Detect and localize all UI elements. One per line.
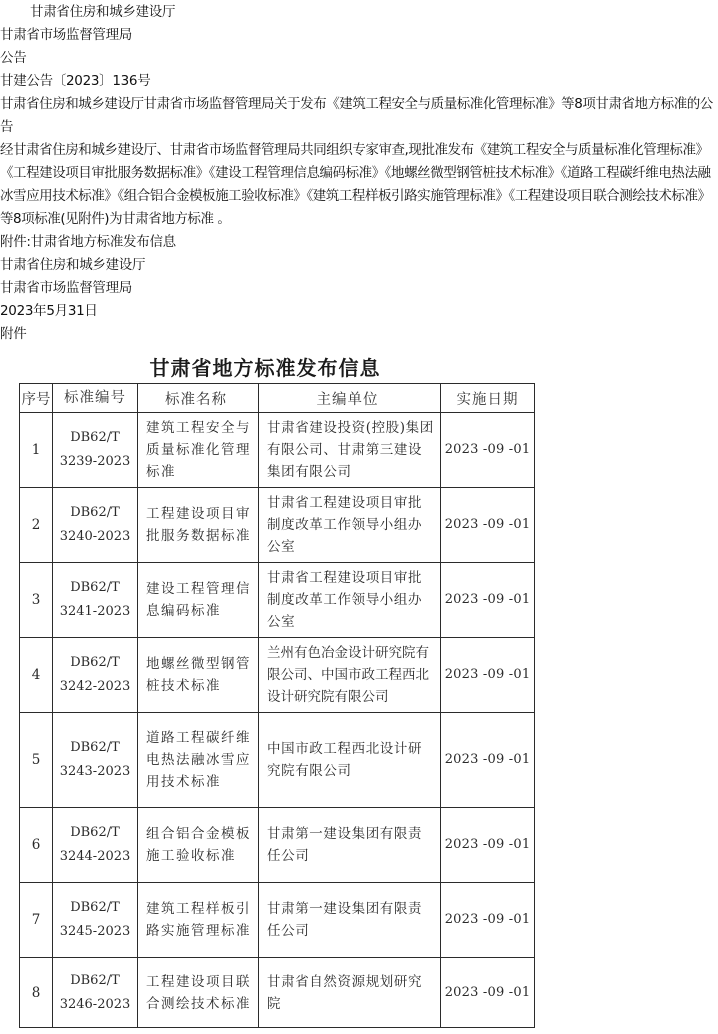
- cell-name: 工程建设项目审批服务数据标准: [138, 488, 259, 563]
- cell-org: 兰州有色冶金设计研究院有限公司、中国市政工程西北设计研究院有限公司: [259, 638, 441, 713]
- cell-date: 2023 -09 -01: [441, 413, 535, 488]
- cell-name: 工程建设项目联合测绘技术标准: [138, 958, 259, 1028]
- cell-no: 5: [20, 713, 53, 808]
- code-prefix: DB62/T: [53, 969, 137, 993]
- code-number: 3242-2023: [53, 675, 137, 699]
- code-prefix: DB62/T: [53, 821, 137, 845]
- signature-market-bureau: 甘肃省市场监督管理局: [0, 277, 718, 300]
- cell-name: 地螺丝微型钢管桩技术标准: [138, 638, 259, 713]
- attachment-table-title: 甘肃省地方标准发布信息: [0, 352, 530, 381]
- cell-code: DB62/T3246-2023: [53, 958, 138, 1028]
- code-number: 3239-2023: [53, 450, 137, 474]
- doc-number: 甘建公告〔2023〕136号: [0, 70, 718, 93]
- cell-org: 甘肃第一建设集团有限责任公司: [259, 808, 441, 883]
- cell-code: DB62/T3242-2023: [53, 638, 138, 713]
- table-row: 7 DB62/T3245-2023 建筑工程样板引路实施管理标准 甘肃第一建设集…: [20, 883, 535, 958]
- issuer-market-bureau: 甘肃省市场监督管理局: [0, 24, 718, 47]
- cell-code: DB62/T3245-2023: [53, 883, 138, 958]
- table-row: 3 DB62/T3241-2023 建设工程管理信息编码标准 甘肃省工程建设项目…: [20, 563, 535, 638]
- attachment-note: 附件:甘肃省地方标准发布信息: [0, 231, 718, 254]
- attachment-label: 附件: [0, 323, 718, 346]
- cell-date: 2023 -09 -01: [441, 563, 535, 638]
- cell-date: 2023 -09 -01: [441, 713, 535, 808]
- cell-date: 2023 -09 -01: [441, 808, 535, 883]
- cell-date: 2023 -09 -01: [441, 638, 535, 713]
- code-number: 3245-2023: [53, 920, 137, 944]
- signature-housing-dept: 甘肃省住房和城乡建设厅: [0, 254, 718, 277]
- cell-no: 1: [20, 413, 53, 488]
- announcement-body: 经甘肃省住房和城乡建设厅、甘肃省市场监督管理局共同组织专家审查,现批准发布《建筑…: [0, 139, 718, 231]
- column-header-no: 序号: [20, 384, 53, 413]
- code-number: 3244-2023: [53, 845, 137, 869]
- standards-table: 序号 标准编号 标准名称 主编单位 实施日期 1 DB62/T3239-2023…: [19, 383, 535, 1028]
- signature-date: 2023年5月31日: [0, 300, 718, 323]
- cell-code: DB62/T3243-2023: [53, 713, 138, 808]
- cell-org: 甘肃省建设投资(控股)集团有限公司、甘肃第三建设集团有限公司: [259, 413, 441, 488]
- table-row: 5 DB62/T3243-2023 道路工程碳纤维电热法融冰雪应用技术标准 中国…: [20, 713, 535, 808]
- doc-type: 公告: [0, 47, 718, 70]
- cell-name: 建筑工程安全与质量标准化管理标准: [138, 413, 259, 488]
- cell-date: 2023 -09 -01: [441, 883, 535, 958]
- table-row: 6 DB62/T3244-2023 组合铝合金模板施工验收标准 甘肃第一建设集团…: [20, 808, 535, 883]
- cell-org: 甘肃第一建设集团有限责任公司: [259, 883, 441, 958]
- cell-name: 建设工程管理信息编码标准: [138, 563, 259, 638]
- code-number: 3243-2023: [53, 760, 137, 784]
- table-row: 8 DB62/T3246-2023 工程建设项目联合测绘技术标准 甘肃省自然资源…: [20, 958, 535, 1028]
- cell-code: DB62/T3244-2023: [53, 808, 138, 883]
- code-prefix: DB62/T: [53, 896, 137, 920]
- column-header-org: 主编单位: [259, 384, 441, 413]
- table-row: 2 DB62/T3240-2023 工程建设项目审批服务数据标准 甘肃省工程建设…: [20, 488, 535, 563]
- column-header-date: 实施日期: [441, 384, 535, 413]
- issuer-housing-dept: 甘肃省住房和城乡建设厅: [0, 1, 718, 24]
- cell-code: DB62/T3241-2023: [53, 563, 138, 638]
- column-header-code: 标准编号: [53, 384, 138, 413]
- cell-name: 道路工程碳纤维电热法融冰雪应用技术标准: [138, 713, 259, 808]
- cell-no: 7: [20, 883, 53, 958]
- table-row: 4 DB62/T3242-2023 地螺丝微型钢管桩技术标准 兰州有色冶金设计研…: [20, 638, 535, 713]
- cell-org: 甘肃省工程建设项目审批制度改革工作领导小组办公室: [259, 563, 441, 638]
- cell-date: 2023 -09 -01: [441, 958, 535, 1028]
- code-prefix: DB62/T: [53, 736, 137, 760]
- code-number: 3241-2023: [53, 600, 137, 624]
- code-number: 3240-2023: [53, 525, 137, 549]
- code-prefix: DB62/T: [53, 426, 137, 450]
- cell-no: 8: [20, 958, 53, 1028]
- code-prefix: DB62/T: [53, 576, 137, 600]
- cell-code: DB62/T3239-2023: [53, 413, 138, 488]
- cell-date: 2023 -09 -01: [441, 488, 535, 563]
- cell-org: 甘肃省工程建设项目审批制度改革工作领导小组办公室: [259, 488, 441, 563]
- table-row: 1 DB62/T3239-2023 建筑工程安全与质量标准化管理标准 甘肃省建设…: [20, 413, 535, 488]
- announcement-document: 甘肃省住房和城乡建设厅 甘肃省市场监督管理局 公告 甘建公告〔2023〕136号…: [0, 0, 718, 346]
- cell-no: 3: [20, 563, 53, 638]
- cell-org: 中国市政工程西北设计研究院有限公司: [259, 713, 441, 808]
- cell-no: 6: [20, 808, 53, 883]
- cell-no: 2: [20, 488, 53, 563]
- attachment-table-image: 甘肃省地方标准发布信息 序号 标准编号 标准名称 主编单位 实施日期 1 DB6…: [0, 346, 718, 1034]
- cell-name: 建筑工程样板引路实施管理标准: [138, 883, 259, 958]
- code-prefix: DB62/T: [53, 501, 137, 525]
- table-header-row: 序号 标准编号 标准名称 主编单位 实施日期: [20, 384, 535, 413]
- cell-name: 组合铝合金模板施工验收标准: [138, 808, 259, 883]
- column-header-name: 标准名称: [138, 384, 259, 413]
- cell-no: 4: [20, 638, 53, 713]
- announcement-title: 甘肃省住房和城乡建设厅甘肃省市场监督管理局关于发布《建筑工程安全与质量标准化管理…: [0, 93, 718, 139]
- cell-org: 甘肃省自然资源规划研究院: [259, 958, 441, 1028]
- cell-code: DB62/T3240-2023: [53, 488, 138, 563]
- code-prefix: DB62/T: [53, 651, 137, 675]
- code-number: 3246-2023: [53, 993, 137, 1017]
